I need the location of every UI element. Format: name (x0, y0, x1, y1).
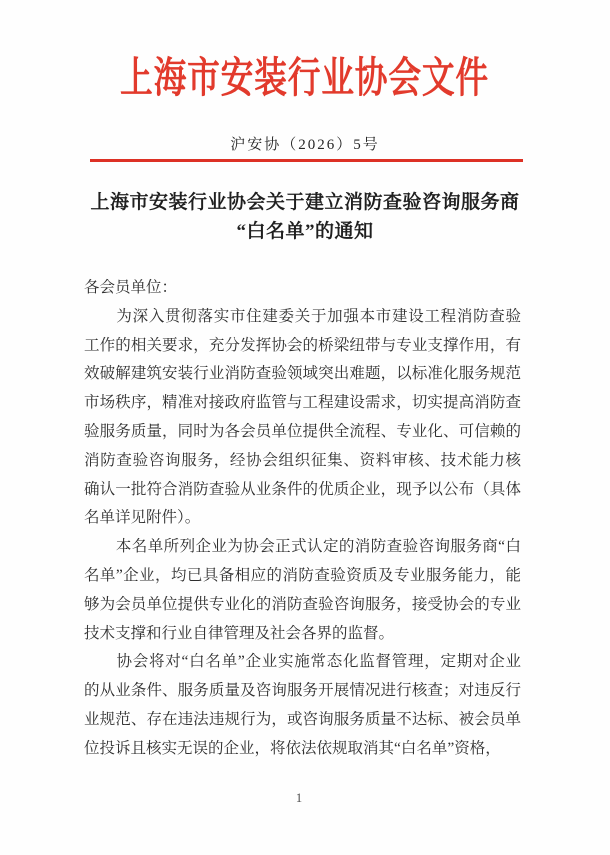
body-line: 协会将对“白名单”企业实施常态化监督管理，定期对企业 (84, 648, 521, 677)
body-line: 位投诉且核实无误的企业，将依法依规取消其“白名单”资格， (84, 735, 521, 764)
body-line: 验服务质量，同时为各会员单位提供全流程、专业化、可信赖的 (84, 418, 521, 447)
notice-title-line-1: 上海市安装行业协会关于建立消防查验咨询服务商 (0, 188, 610, 217)
notice-body: 各会员单位： 为深入贯彻落实市住建委关于加强本市建设工程消防查验 工作的相关要求… (84, 274, 521, 764)
body-line: 本名单所列企业为协会正式认定的消防查验咨询服务商“白 (84, 533, 521, 562)
letterhead-divider-rule (90, 159, 523, 162)
body-line: 消防查验咨询服务，经协会组织征集、资料审核、技术能力核查， (84, 447, 521, 476)
body-line: 技术支撑和行业自律管理及社会各界的监督。 (84, 620, 521, 649)
body-line: 的从业条件、服务质量及咨询服务开展情况进行核查；对违反行 (84, 677, 521, 706)
letterhead-title-text: 上海市安装行业协会文件 (121, 54, 490, 104)
body-line: 名单”企业，均已具备相应的消防查验资质及专业服务能力，能 (84, 562, 521, 591)
document-number: 沪安协（2026）5号 (0, 134, 610, 156)
page-number: 1 (0, 790, 604, 806)
salutation-line: 各会员单位： (84, 274, 521, 303)
body-line: 确认一批符合消防查验从业条件的优质企业，现予以公布（具体 (84, 476, 521, 505)
body-line: 市场秩序，精准对接政府监管与工程建设需求，切实提高消防查 (84, 389, 521, 418)
body-line: 够为会员单位提供专业化的消防查验咨询服务，接受协会的专业 (84, 591, 521, 620)
notice-title: 上海市安装行业协会关于建立消防查验咨询服务商 “白名单”的通知 (0, 188, 610, 246)
body-line: 为深入贯彻落实市住建委关于加强本市建设工程消防查验 (84, 303, 521, 332)
body-line: 工作的相关要求，充分发挥协会的桥梁纽带与专业支撑作用，有 (84, 332, 521, 361)
body-line: 效破解建筑安装行业消防查验领域突出难题，以标准化服务规范 (84, 360, 521, 389)
notice-title-line-2: “白名单”的通知 (0, 217, 610, 246)
letterhead-title: 上海市安装行业协会文件 (0, 54, 610, 104)
body-line: 名单详见附件）。 (84, 504, 521, 533)
document-page: 上海市安装行业协会文件 沪安协（2026）5号 上海市安装行业协会关于建立消防查… (0, 0, 610, 855)
body-line: 业规范、存在违法违规行为，或咨询服务质量不达标、被会员单 (84, 706, 521, 735)
